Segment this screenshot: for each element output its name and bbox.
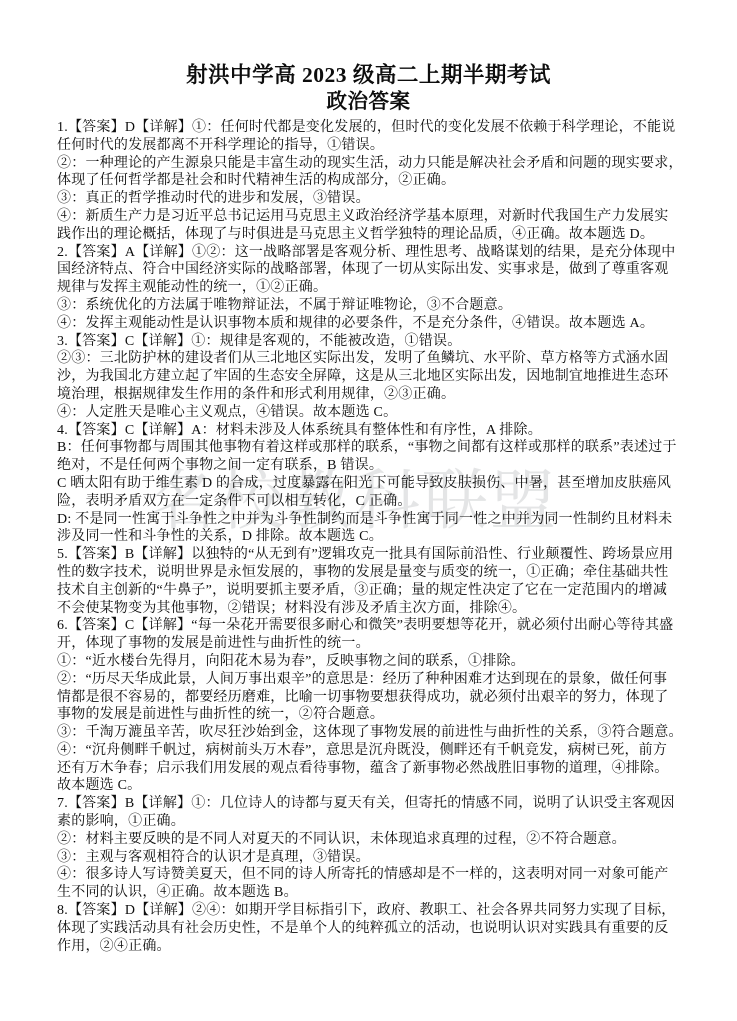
answer-line: 体现了实践活动具有社会历史性，不是单个人的纯粹孤立的活动，也说明认识对实践具有重… [57,920,700,938]
answer-line: ④：新质生产力是习近平总书记运用马克思主义政治经济学基本原理，对新时代我国生产力… [57,208,700,226]
document-page: 名校教科联盟 射洪中学高 2023 级高二上期半期考试 政治答案 1.【答案】D… [0,0,737,1021]
answer-line: 险，表明矛盾双方在一定条件下可以相互转化，C 正确。 [57,493,700,511]
answer-line: ③：主观与客观相符合的认识才是真理，③错误。 [57,849,700,867]
answer-line: ④：人定胜天是唯心主义观点，④错误。故本题选 C。 [57,404,700,422]
answer-line: ③：系统优化的方法属于唯物辩证法，不属于辩证唯物论，③不合题意。 [57,297,700,315]
answer-line: 规律与发挥主观能动性的统一，①②正确。 [57,279,700,297]
answer-body: 1.【答案】D【详解】①：任何时代都是变化发展的，但时代的变化发展不依赖于科学理… [57,119,700,955]
answer-line: 3.【答案】C【详解】①：规律是客观的，不能被改造，①错误。 [57,333,700,351]
answer-line: ②：“历尽天华成此景，人间万事出艰辛”的意思是：经历了种种困难才达到现在的景象，… [57,671,700,689]
answer-line: 5.【答案】B【详解】以独特的“从无到有”逻辑攻克一批具有国际前沿性、行业颠覆性… [57,546,700,564]
answer-line: 2.【答案】A【详解】①②：这一战略部署是客观分析、理性思考、战略谋划的结果，是… [57,244,700,262]
answer-line: 任何时代的发展都离不开科学理论的指导，①错误。 [57,137,700,155]
answer-line: B：任何事物都与周围其他事物有着这样或那样的联系，“事物之间都有这样或那样的联系… [57,439,700,457]
answer-line: ③：千淘万漉虽辛苦，吹尽狂沙始到金，这体现了事物发展的前进性与曲折性的关系，③符… [57,724,700,742]
answer-line: 性的数字技术，说明世界是永恒发展的，事物的发展是量变与质变的统一，①正确；牵住基… [57,564,700,582]
answer-line: 8.【答案】D【详解】②④：如期开学目标指引下，政府、教职工、社会各界共同努力实… [57,902,700,920]
answer-line: 开，体现了事物的发展是前进性与曲折性的统一。 [57,635,700,653]
answer-line: 不会使某物变为其他事物，②错误；材料没有涉及矛盾主次方面，排除④。 [57,600,700,618]
answer-line: C 晒太阳有助于维生素 D 的合成，过度暴露在阳光下可能导致皮肤损伤、中暑，甚至… [57,475,700,493]
answer-line: ②③：三北防护林的建设者们从三北地区实际出发，发明了鱼鳞坑、水平阶、草方格等方式… [57,350,700,368]
answer-line: ②：材料主要反映的是不同人对夏天的不同认识，未体现追求真理的过程，②不符合题意。 [57,831,700,849]
answer-line: 还有万木争春；启示我们用发展的观点看待事物，蕴含了新事物必然战胜旧事物的道理，④… [57,760,700,778]
answer-line: 体现了任何哲学都是社会和时代精神生活的构成部分，②正确。 [57,172,700,190]
answer-line: 技术自主创新的“牛鼻子”，说明要抓主要矛盾，③正确；量的规定性决定了它在一定范围… [57,582,700,600]
answer-line: ④：“沉舟侧畔千帆过，病树前头万木春”，意思是沉舟既没，侧畔还有千帆竞发，病树已… [57,742,700,760]
document-title: 射洪中学高 2023 级高二上期半期考试 [0,0,737,89]
answer-line: ①：“近水楼台先得月，向阳花木易为春”，反映事物之间的联系，①排除。 [57,653,700,671]
answer-line: 6.【答案】C【详解】“每一朵花开需要很多耐心和微笑”表明要想等花开，就必须付出… [57,617,700,635]
answer-line: ④：发挥主观能动性是认识事物本质和规律的必要条件，不是充分条件，④错误。故本题选… [57,315,700,333]
answer-line: 事物的发展是前进性与曲折性的统一，②符合题意。 [57,706,700,724]
answer-line: 1.【答案】D【详解】①：任何时代都是变化发展的，但时代的变化发展不依赖于科学理… [57,119,700,137]
answer-line: ③：真正的哲学推动时代的进步和发展，③错误。 [57,190,700,208]
answer-line: 绝对，不是任何两个事物之间一定有联系，B 错误。 [57,457,700,475]
answer-line: ②：一种理论的产生源泉只能是丰富生动的现实生活，动力只能是解决社会矛盾和问题的现… [57,155,700,173]
answer-line: 4.【答案】C【详解】A：材料未涉及人体系统具有整体性和有序性，A 排除。 [57,422,700,440]
answer-line: 涉及同一性和斗争性的关系，D 排除。故本题选 C。 [57,528,700,546]
answer-line: 生不同的认识，④正确。故本题选 B。 [57,884,700,902]
answer-line: 故本题选 C。 [57,777,700,795]
answer-line: 国经济特点、符合中国经济实际的战略部署，体现了一切从实际出发、实事求是，做到了尊… [57,261,700,279]
answer-line: 境治理，根据规律发生作用的条件和形式利用规律，②③正确。 [57,386,700,404]
answer-line: 作用，②④正确。 [57,938,700,956]
answer-line: D: 不是同一性寓于斗争性之中并为斗争性制约而是斗争性寓于同一性之中并为同一性制… [57,511,700,529]
answer-line: 践作出的理论概括，体现了与时俱进是马克思主义哲学独特的理论品质，④正确。故本题选… [57,226,700,244]
answer-line: ④：很多诗人写诗赞美夏天，但不同的诗人所寄托的情感却是不一样的，这表明对同一对象… [57,866,700,884]
document-subtitle: 政治答案 [0,89,737,115]
answer-line: 7.【答案】B【详解】①：几位诗人的诗都与夏天有关，但寄托的情感不同，说明了认识… [57,795,700,813]
answer-line: 沙，为我国北方建立起了牢固的生态安全屏障，这是从三北地区实际出发，因地制宜地推进… [57,368,700,386]
answer-document: 射洪中学高 2023 级高二上期半期考试 政治答案 1.【答案】D【详解】①：任… [0,0,737,115]
answer-line: 情都是很不容易的，都要经历磨难，比喻一切事物要想获得成功，就必须付出艰辛的努力，… [57,689,700,707]
answer-line: 素的影响，①正确。 [57,813,700,831]
